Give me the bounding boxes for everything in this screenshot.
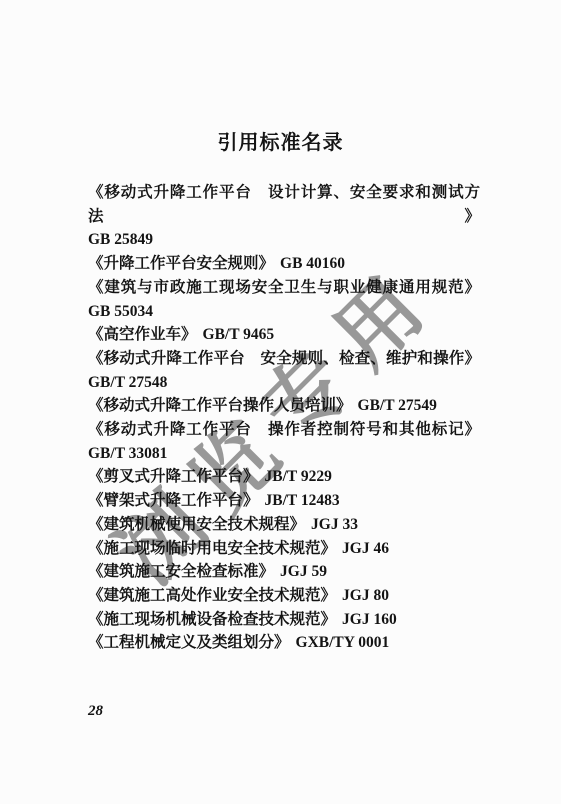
standard-title: 《高空作业车》 — [88, 326, 197, 343]
standard-title: 《剪叉式升降工作平台》 — [88, 468, 259, 485]
standard-item: 《工程机械定义及类组划分》GXB/TY 0001 — [88, 631, 480, 655]
standard-code: JGJ 59 — [280, 563, 327, 580]
standard-title: 《建筑施工安全检查标准》 — [88, 563, 274, 580]
standard-title: 《移动式升降工作平台 安全规则、检查、维护和操作》 — [88, 347, 480, 371]
standard-item: 《施工现场机械设备检查技术规范》JGJ 160 — [88, 608, 480, 632]
page-title: 引用标准名录 — [0, 126, 561, 155]
standard-code: GB 55034 — [88, 300, 480, 324]
standard-title: 《施工现场机械设备检查技术规范》 — [88, 611, 336, 628]
standard-code: JB/T 9229 — [265, 468, 332, 485]
standard-code: GXB/TY 0001 — [296, 634, 390, 651]
standard-item: 《臂架式升降工作平台》JB/T 12483 — [88, 489, 480, 513]
standard-item: 《施工现场临时用电安全技术规范》JGJ 46 — [88, 537, 480, 561]
standard-title: 《建筑机械使用安全技术规程》 — [88, 516, 305, 533]
standard-code: GB/T 9465 — [203, 326, 275, 343]
standard-code: GB 40160 — [280, 255, 345, 272]
standard-code: GB/T 27548 — [88, 371, 480, 395]
document-page: 浏览专用 引用标准名录 《移动式升降工作平台 设计计算、安全要求和测试方法》GB… — [0, 0, 561, 804]
standard-title: 《臂架式升降工作平台》 — [88, 492, 259, 509]
standard-title: 《建筑与市政施工现场安全卫生与职业健康通用规范》 — [88, 276, 480, 300]
standard-title: 《移动式升降工作平台操作人员培训》 — [88, 397, 352, 414]
standard-title: 《施工现场临时用电安全技术规范》 — [88, 540, 336, 557]
standard-code: GB/T 33081 — [88, 442, 480, 466]
standard-code: GB 25849 — [88, 228, 480, 252]
standard-item: 《高空作业车》GB/T 9465 — [88, 323, 480, 347]
standard-item: 《剪叉式升降工作平台》JB/T 9229 — [88, 465, 480, 489]
standard-code: JGJ 160 — [342, 611, 397, 628]
standard-title: 《移动式升降工作平台 设计计算、安全要求和测试方法》 — [88, 181, 480, 228]
standard-code: JGJ 33 — [311, 516, 358, 533]
page-number: 28 — [88, 703, 103, 720]
standard-title: 《建筑施工高处作业安全技术规范》 — [88, 587, 336, 604]
standard-item: 《建筑施工高处作业安全技术规范》JGJ 80 — [88, 584, 480, 608]
standard-code: JB/T 12483 — [265, 492, 340, 509]
standard-code: GB/T 27549 — [358, 397, 437, 414]
standard-code: JGJ 80 — [342, 587, 389, 604]
standard-title: 《升降工作平台安全规则》 — [88, 255, 274, 272]
standard-item: 《移动式升降工作平台操作人员培训》GB/T 27549 — [88, 394, 480, 418]
standard-code: JGJ 46 — [342, 540, 389, 557]
standard-item: 《升降工作平台安全规则》GB 40160 — [88, 252, 480, 276]
standards-list: 《移动式升降工作平台 设计计算、安全要求和测试方法》GB 25849《升降工作平… — [88, 181, 480, 655]
standard-title: 《移动式升降工作平台 操作者控制符号和其他标记》 — [88, 418, 480, 442]
standard-item: 《建筑施工安全检查标准》JGJ 59 — [88, 560, 480, 584]
standard-title: 《工程机械定义及类组划分》 — [88, 634, 290, 651]
standard-item: 《建筑机械使用安全技术规程》JGJ 33 — [88, 513, 480, 537]
